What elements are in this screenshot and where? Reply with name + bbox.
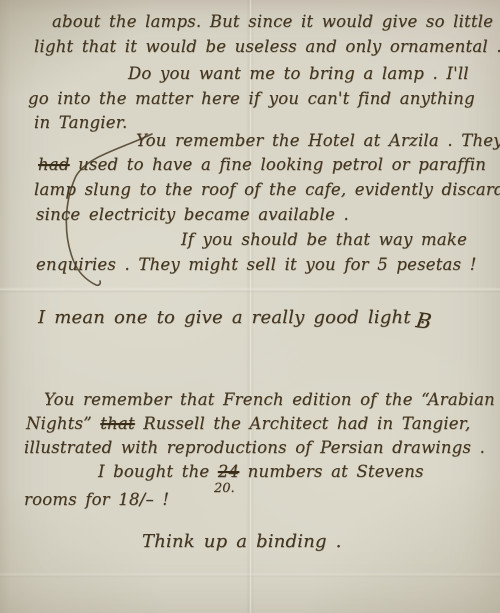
handwritten-line: Do you want me to bring a lamp . I'll — [128, 64, 469, 83]
handwritten-line: If you should be that way make — [181, 230, 467, 249]
handwritten-line: You remember that French edition of the … — [44, 390, 495, 409]
handwritten-line: light that it would be useless and only … — [34, 37, 500, 56]
handwritten-line: I mean one to give a really good light . — [38, 307, 426, 328]
handwritten-line: rooms for 18/– ! — [24, 490, 169, 509]
writer-monogram-initial: B — [414, 308, 433, 334]
handwritten-line: since electricity became available . — [36, 205, 349, 224]
handwritten-line: I bought the 24 numbers at Stevens — [98, 462, 424, 481]
horizontal-fold-crease — [0, 572, 500, 578]
inserted-correction-20: 20. — [214, 481, 235, 496]
handwritten-line: about the lamps. But since it would give… — [52, 12, 493, 31]
struck-out-word: had — [38, 155, 70, 174]
handwritten-line: illustrated with reproductions of Persia… — [24, 438, 485, 457]
handwritten-line: Think up a binding . — [142, 531, 342, 552]
handwritten-line: enquiries . They might sell it you for 5… — [36, 255, 477, 274]
handwritten-line: You remember the Hotel at Arzila . They — [136, 131, 500, 150]
handwritten-line: had used to have a fine looking petrol o… — [38, 155, 486, 174]
handwritten-line: go into the matter here if you can't fin… — [28, 89, 475, 108]
letter-scan-page: about the lamps. But since it would give… — [0, 0, 500, 613]
struck-out-word: that — [100, 414, 135, 433]
handwritten-line: in Tangier. — [34, 113, 127, 132]
handwritten-line: Nights” that Russell the Architect had i… — [26, 414, 470, 433]
handwritten-line: lamp slung to the roof of the cafe, evid… — [34, 180, 500, 199]
struck-out-word: 24 — [218, 462, 239, 481]
horizontal-fold-crease — [0, 287, 500, 293]
